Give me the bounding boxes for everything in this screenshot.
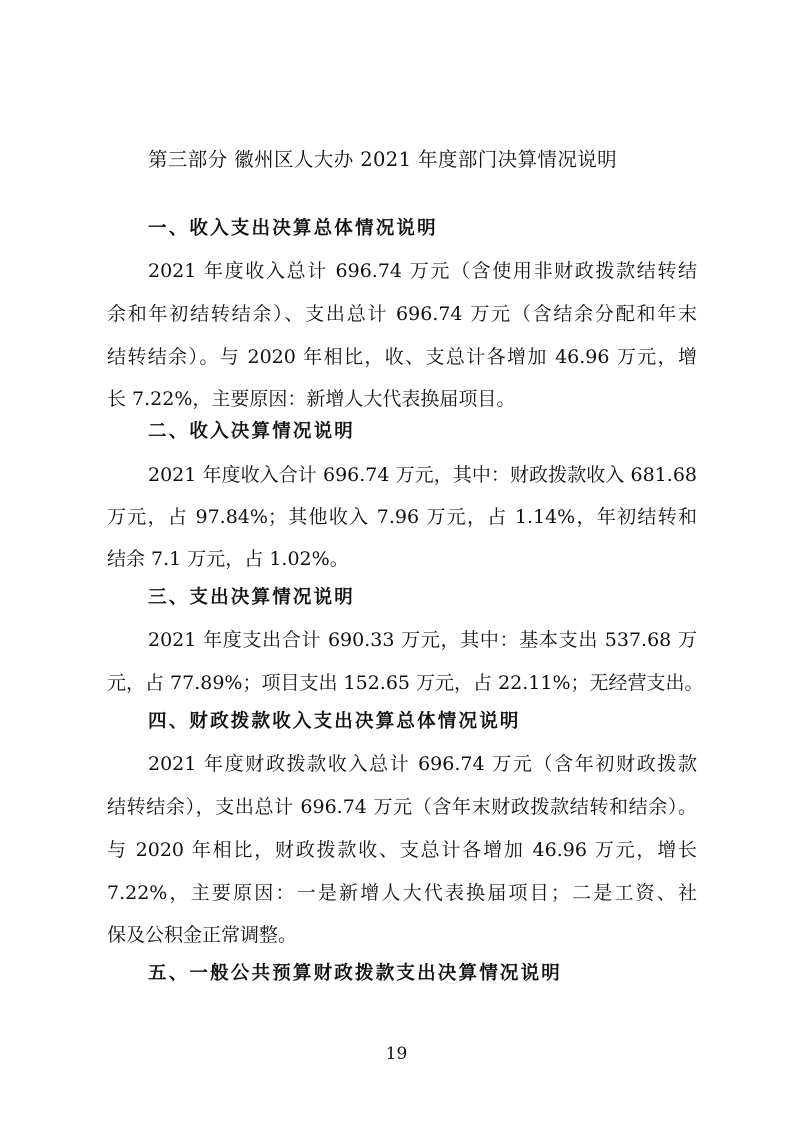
paragraph-line: 长 7.22%，主要原因：新增人大代表换届项目。 (107, 385, 697, 413)
page-title: 第三部分 徽州区人大办 2021 年度部门决算情况说明 (148, 146, 617, 174)
section-heading-1: 一、收入支出决算总体情况说明 (148, 215, 438, 243)
paragraph-line: 2021 年度支出合计 690.33 万元，其中：基本支出 537.68 万 (148, 626, 697, 654)
paragraph-line: 结余 7.1 万元，占 1.02%。 (107, 545, 697, 573)
section-heading-5: 五、一般公共预算财政拨款支出决算情况说明 (148, 960, 562, 988)
document-page: 第三部分 徽州区人大办 2021 年度部门决算情况说明 一、收入支出决算总体情况… (0, 0, 793, 1122)
paragraph-line: 与 2020 年相比，财政拨款收、支总计各增加 46.96 万元，增长 (107, 836, 697, 864)
section-heading-4: 四、财政拨款收入支出决算总体情况说明 (148, 708, 521, 736)
paragraph-line: 结转结余），支出总计 696.74 万元（含年末财政拨款结转和结余）。 (107, 793, 697, 821)
section-heading-2: 二、收入决算情况说明 (148, 418, 355, 446)
paragraph-line: 结转结余）。与 2020 年相比，收、支总计各增加 46.96 万元，增 (107, 343, 697, 371)
paragraph-line: 万元，占 97.84%；其他收入 7.96 万元，占 1.14%，年初结转和 (107, 503, 697, 531)
section-heading-3: 三、支出决算情况说明 (148, 584, 355, 612)
paragraph-line: 2021 年度收入合计 696.74 万元，其中：财政拨款收入 681.68 (148, 461, 697, 489)
paragraph-line: 保及公积金正常调整。 (107, 921, 697, 949)
paragraph-line: 2021 年度财政拨款收入总计 696.74 万元（含年初财政拨款 (148, 750, 697, 778)
paragraph-line: 2021 年度收入总计 696.74 万元（含使用非财政拨款结转结 (148, 257, 697, 285)
paragraph-line: 7.22%，主要原因：一是新增人大代表换届项目；二是工资、社 (107, 879, 697, 907)
paragraph-line: 余和年初结转结余）、支出总计 696.74 万元（含结余分配和年末 (107, 300, 697, 328)
paragraph-line: 元，占 77.89%；项目支出 152.65 万元，占 22.11%；无经营支出… (107, 669, 697, 697)
page-number: 19 (0, 1042, 793, 1066)
